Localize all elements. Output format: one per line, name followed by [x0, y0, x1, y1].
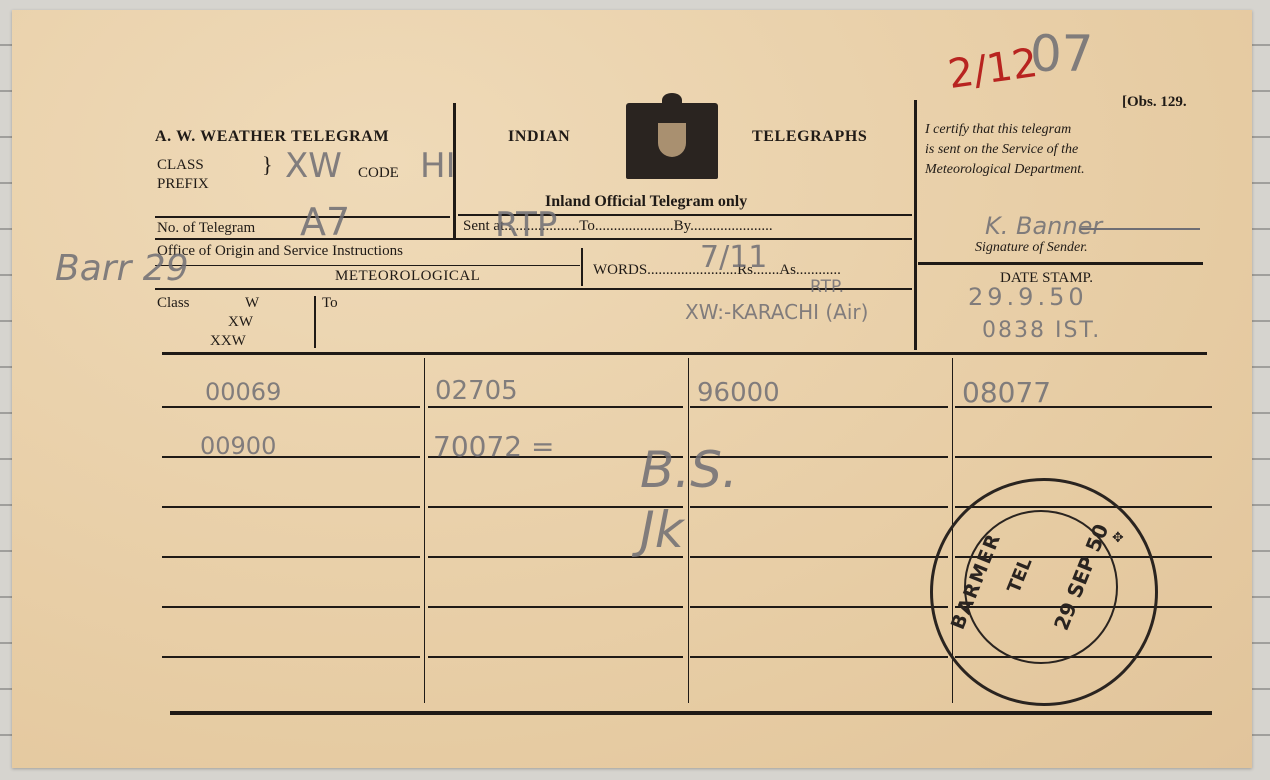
grid-line — [690, 656, 948, 658]
grid-top-rule — [162, 352, 1207, 355]
group-r2-c2: 70072 = — [433, 430, 554, 463]
handwritten-to-address: XW:-KARACHI (Air) — [685, 300, 868, 324]
certify-line-2: is sent on the Service of the — [925, 142, 1078, 158]
handwritten-rtp: RTP. — [810, 277, 844, 297]
form-number: [Obs. 129. — [1122, 94, 1187, 111]
grid-line — [428, 606, 683, 608]
class-label: CLASS — [157, 157, 204, 174]
grid-bottom-rule — [170, 711, 1212, 715]
group-r1-c4: 08077 — [962, 376, 1051, 409]
group-r2-c1: 00900 — [200, 432, 276, 460]
group-r1-c1: 00069 — [205, 378, 281, 406]
divider — [314, 296, 316, 348]
grid-column-divider — [424, 358, 425, 703]
divider — [453, 103, 456, 239]
grid-line — [428, 406, 683, 408]
meteorological-label: METEOROLOGICAL — [335, 268, 480, 285]
handwritten-top-note: 07 — [1030, 25, 1094, 83]
handwritten-code: HI — [420, 146, 456, 186]
divider — [918, 262, 1203, 265]
class-option-w: W — [245, 295, 259, 312]
grid-line — [955, 456, 1212, 458]
handwritten-class-prefix: XW — [285, 146, 342, 186]
signature-stroke — [1080, 228, 1200, 230]
handwritten-time: 0838 IST. — [982, 318, 1101, 343]
handwritten-words: 7/11 — [700, 240, 767, 275]
handwritten-initials: B.S. Jk — [640, 440, 780, 560]
handwritten-origin-note: Barr 29 — [55, 248, 189, 289]
certify-line-1: I certify that this telegram — [925, 122, 1071, 138]
class-option-xw: XW — [228, 314, 253, 331]
royal-crest-icon — [626, 103, 718, 179]
grid-line — [162, 606, 420, 608]
handwritten-date: 29.9.50 — [968, 283, 1088, 311]
brand-right: TELEGRAPHS — [752, 128, 867, 146]
group-r1-c2: 02705 — [435, 376, 518, 406]
divider — [155, 288, 912, 290]
grid-line — [162, 656, 420, 658]
class-row-label: Class — [157, 295, 190, 312]
divider — [914, 100, 917, 350]
form-title: A. W. WEATHER TELEGRAM — [155, 128, 389, 146]
brace-icon: } — [262, 155, 273, 175]
divider — [155, 265, 580, 266]
no-of-telegram-label: No. of Telegram — [157, 220, 255, 237]
brand-left: INDIAN — [508, 128, 570, 146]
grid-line — [162, 506, 420, 508]
group-r1-c3: 96000 — [697, 378, 780, 408]
grid-line — [690, 606, 948, 608]
to-label: To — [322, 295, 338, 312]
certify-line-3: Meteorological Department. — [925, 162, 1085, 178]
code-label: CODE — [358, 165, 399, 182]
postmark-ornament-icon: ✥ — [1112, 530, 1124, 546]
divider — [581, 248, 583, 286]
class-option-xxw: XXW — [210, 333, 246, 350]
grid-line — [162, 406, 420, 408]
grid-line — [428, 656, 683, 658]
prefix-label: PREFIX — [157, 176, 209, 193]
office-origin-label: Office of Origin and Service Instruction… — [157, 243, 403, 260]
signature-label: Signature of Sender. — [975, 240, 1088, 256]
divider — [155, 238, 912, 240]
form-subtitle: Inland Official Telegram only — [545, 193, 747, 211]
handwritten-signature: K. Banner — [985, 212, 1102, 240]
grid-line — [162, 556, 420, 558]
